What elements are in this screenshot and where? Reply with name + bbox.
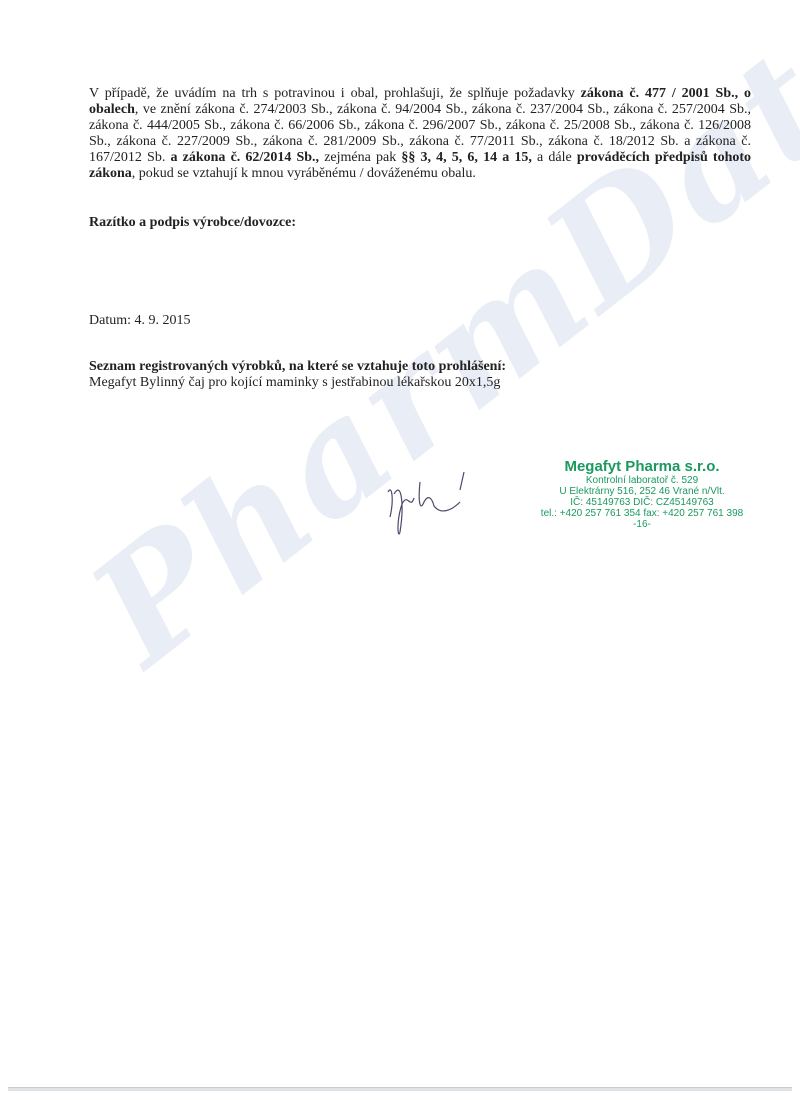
company-stamp: Megafyt Pharma s.r.o. Kontrolní laborato… <box>512 458 772 530</box>
text: , pokud se vztahují k mnou vyráběnému / … <box>132 166 476 181</box>
stamp-company-name: Megafyt Pharma s.r.o. <box>512 458 772 475</box>
stamp-line: Kontrolní laboratoř č. 529 <box>512 475 772 486</box>
bold-text: a zákona č. 62/2014 Sb., <box>170 150 319 165</box>
text: a dále <box>532 150 577 165</box>
handwritten-signature <box>380 462 490 547</box>
document-body: V případě, že uvádím na trh s potravinou… <box>89 86 751 231</box>
stamp-line: tel.: +420 257 761 354 fax: +420 257 761… <box>512 508 772 519</box>
text: V případě, že uvádím na trh s potravinou… <box>89 86 581 101</box>
date-line: Datum: 4. 9. 2015 <box>89 313 191 329</box>
product-list-heading: Seznam registrovaných výrobků, na které … <box>89 359 506 375</box>
bold-text: §§ 3, 4, 5, 6, 14 a 15, <box>401 150 532 165</box>
declaration-paragraph: V případě, že uvádím na trh s potravinou… <box>89 86 751 182</box>
stamp-signature-label: Razítko a podpis výrobce/dovozce: <box>89 215 751 231</box>
product-list: Seznam registrovaných výrobků, na které … <box>89 359 506 391</box>
stamp-line: IČ: 45149763 DIČ: CZ45149763 <box>512 497 772 508</box>
stamp-line: -16- <box>512 519 772 530</box>
stamp-line: U Elektrárny 516, 252 46 Vrané n/Vlt. <box>512 486 772 497</box>
text: zejména pak <box>319 150 401 165</box>
page-bottom-edge <box>8 1087 792 1091</box>
product-item: Megafyt Bylinný čaj pro kojící maminky s… <box>89 375 506 391</box>
